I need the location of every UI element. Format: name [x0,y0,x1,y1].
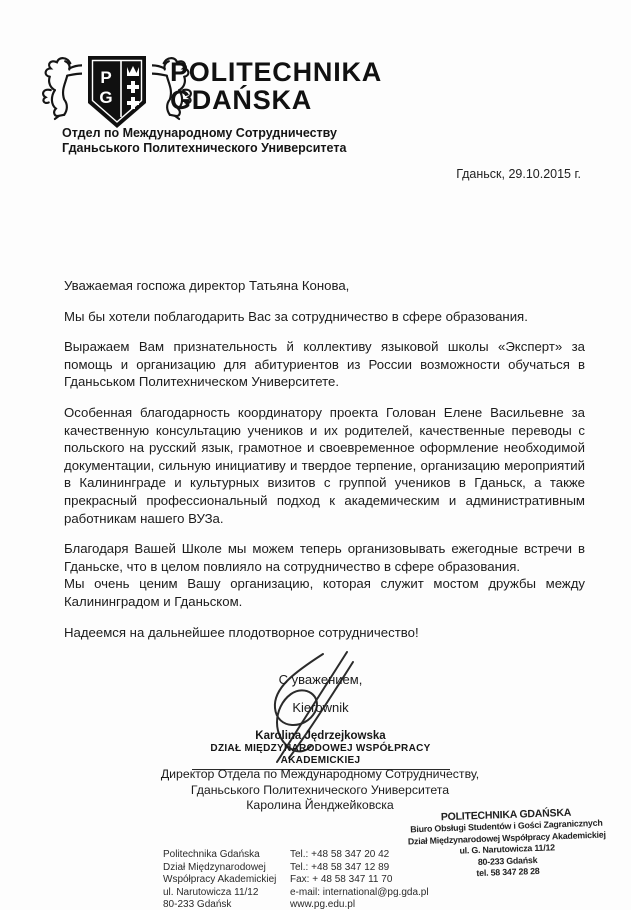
brand-line-2: GDAŃSKA [170,86,382,114]
signer-dept-pl-line1: DZIAŁ MIĘDZYNARODOWEJ WSPÓŁPRACY [196,743,446,755]
university-wordmark: POLITECHNIKA GDAŃSKA [170,58,382,114]
closing-phrase: С уважением, [148,672,493,687]
letter-body: Уважаемая госпожа директор Татьяна Конов… [64,277,585,654]
office-stamp: POLITECHNIKA GDAŃSKA Biuro Obsługi Stude… [381,805,631,883]
signer-dept-pl: DZIAŁ MIĘDZYNARODOWEJ WSPÓŁPRACY AKADEMI… [192,742,450,770]
salutation: Уважаемая госпожа директор Татьяна Конов… [64,277,585,295]
signature-block: С уважением, Kierownik Karolina Jędrzejk… [148,672,493,770]
paragraph-thanks: Мы бы хотели поблагодарить Вас за сотруд… [64,308,585,326]
footer-address-line: 80-233 Gdańsk [163,899,276,910]
footer-address-line: Politechnika Gdańska [163,849,276,862]
signer-name-pl: Karolina Jędrzejkowska [148,730,493,742]
lion-left-icon [36,53,82,121]
paragraph-coordinator: Особенная благодарность координатору про… [64,404,585,527]
footer-address-line: ul. Narutowicza 11/12 [163,887,276,900]
footer-address-line: Współpracy Akademickiej [163,874,276,887]
signer-title-pl: Kierownik [148,700,493,715]
footer-contact-line: e-mail: international@pg.gda.pl [290,887,429,900]
footer-contact-line: www.pg.edu.pl [290,899,429,910]
place-date-line: Гданьск, 29.10.2015 г. [456,167,581,181]
paragraph-meetings: Благодаря Вашей Школе мы можем теперь ор… [64,540,585,575]
signer-title-ru-line1: Директор Отдела по Международному Сотруд… [120,767,520,783]
brand-line-1: POLITECHNIKA [170,58,382,86]
shield-letter-p: P [100,68,111,87]
signer-title-ru-line2: Гданьського Политехнического Университет… [120,783,520,799]
department-header: Отдел по Международному Сотрудничеству Г… [62,126,346,156]
footer-address: Politechnika Gdańska Dział Międzynarodow… [163,849,276,910]
signer-block-ru: Директор Отдела по Международному Сотруд… [120,767,520,814]
scanned-letter-page: P G POLITECHNIKA GDAŃSKA [0,0,631,910]
department-line-1: Отдел по Международному Сотрудничеству [62,126,346,141]
shield-icon: P G [84,53,150,131]
shield-letter-g: G [99,88,112,107]
paragraph-bridge: Мы очень ценим Вашу организацию, которая… [64,575,585,610]
footer-address-line: Dział Międzynarodowej [163,862,276,875]
department-line-2: Гданьського Политехнического Университет… [62,141,346,156]
paragraph-hope: Надеемся на дальнейшее плодотворное сотр… [64,624,585,642]
signer-dept-pl-line2: AKADEMICKIEJ [196,755,446,767]
paragraph-school: Выражаем Вам признательность й коллектив… [64,338,585,391]
